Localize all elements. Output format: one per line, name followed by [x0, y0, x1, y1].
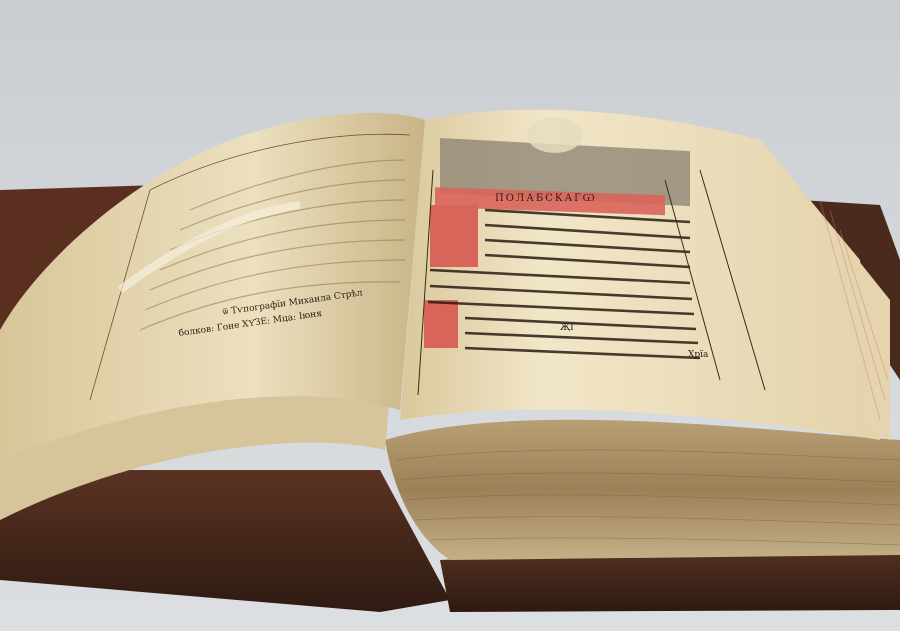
catchword: Хрїа [688, 350, 708, 360]
cover-board-left [0, 470, 450, 612]
red-initial-1 [430, 205, 478, 267]
signature-mark: ҖІ [560, 323, 574, 333]
book-photo: ѿ Тѵпографїи Михаила Стрѣл болков: Гоне … [0, 0, 900, 631]
right-page-header: ПОЛАБСКАГѠ [495, 193, 597, 204]
red-initial-2 [424, 300, 458, 348]
book-illustration [0, 0, 900, 631]
